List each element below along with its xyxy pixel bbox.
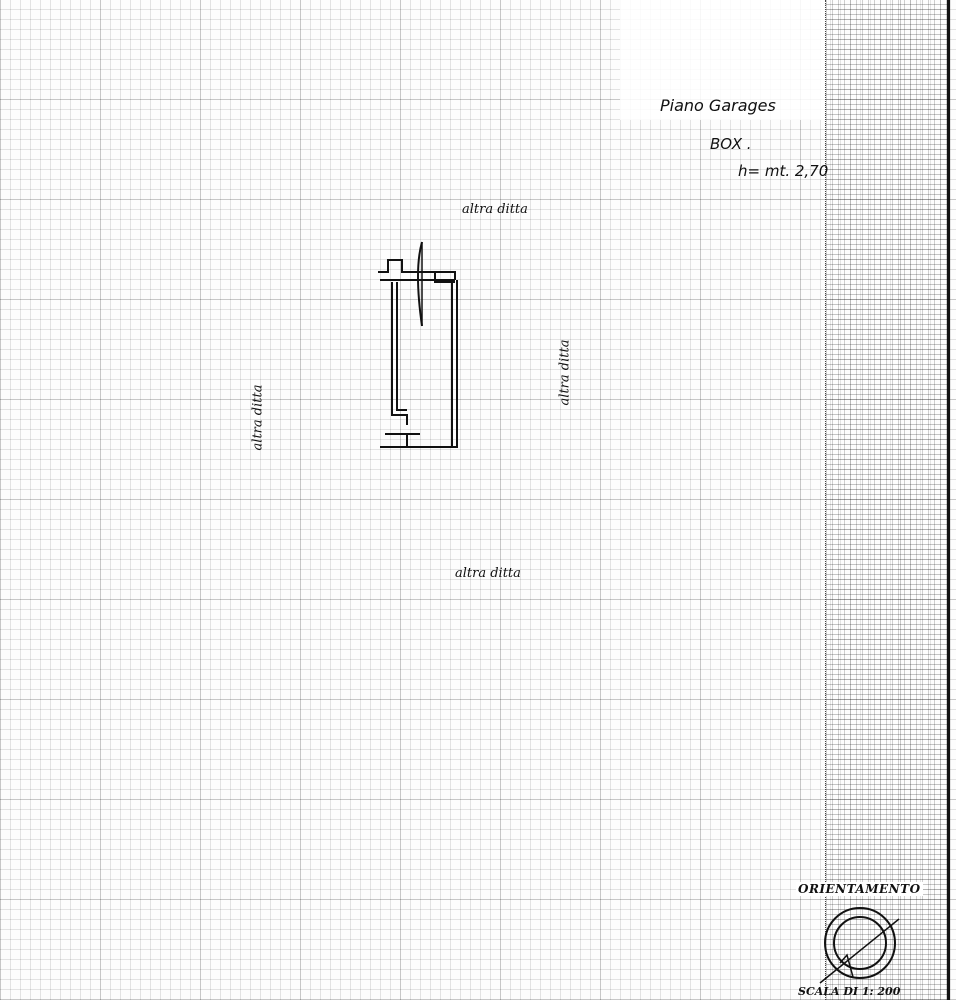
dense-grid-margin xyxy=(825,0,950,1000)
height-note: h= mt. 2,70 xyxy=(738,162,828,180)
sheet-border xyxy=(947,0,950,1000)
graph-paper-sheet xyxy=(0,0,956,1000)
neighbor-label-right: altra ditta xyxy=(557,340,572,406)
garage-box-floorplan xyxy=(370,230,470,460)
neighbor-label-left: altra ditta xyxy=(250,385,265,451)
neighbor-label-bottom: altra ditta xyxy=(455,566,521,581)
plan-title: Piano Garages xyxy=(660,96,776,115)
north-arrow-compass-icon xyxy=(815,905,905,985)
neighbor-label-top: altra ditta xyxy=(462,202,528,217)
unit-label: BOX . xyxy=(710,135,752,153)
scale-label: SCALA DI 1: 200 xyxy=(798,985,900,998)
orientation-label: ORIENTAMENTO xyxy=(796,882,923,896)
